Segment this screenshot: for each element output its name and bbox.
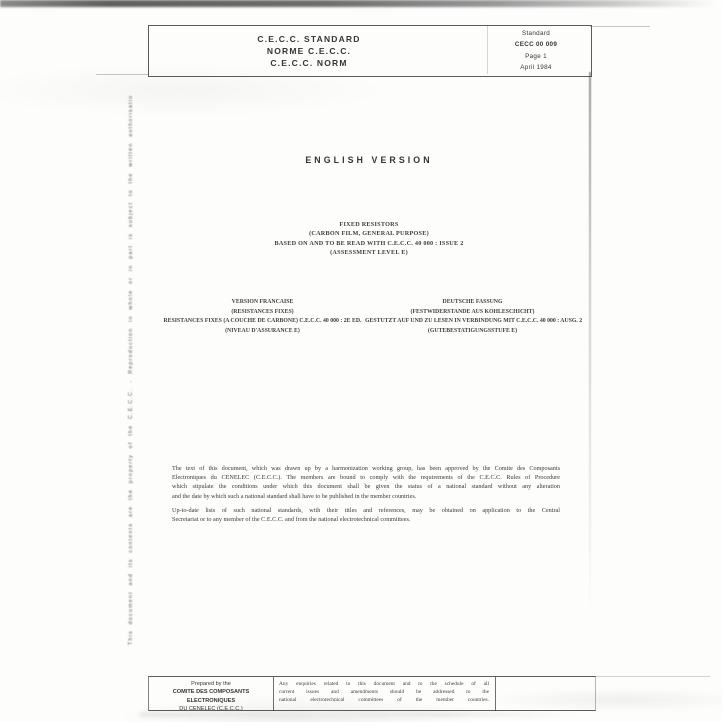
declaration-line: and the date by which such a national st… — [172, 492, 560, 501]
title-line: (NIVEAU D'ASSURANCE E) — [150, 327, 375, 337]
footer-note-line: national electrotechnical committees of … — [279, 696, 489, 704]
footer-note-cell: Any enquiries related to this document a… — [273, 677, 496, 711]
footer-empty-cell — [483, 677, 593, 708]
declaration-line: The text of this document, which was dra… — [172, 464, 560, 473]
footer-note-line: current issues and amendments should be … — [279, 688, 489, 696]
title-block-french: VERSION FRANCAISE (RESISTANCES FIXES) RE… — [150, 298, 375, 336]
footer-note-line: Any enquiries related to this document a… — [279, 680, 489, 688]
footer-secretariat-line: COMITE DES COMPOSANTS ELECTRONIQUES — [149, 688, 273, 705]
title-line: (RESISTANCES FIXES) — [150, 308, 375, 318]
language-banner: ENGLISH VERSION — [148, 155, 590, 165]
footer-secretariat-cell: Prepared by the COMITE DES COMPOSANTS EL… — [149, 677, 274, 711]
header-box: C.E.C.C. STANDARD NORME C.E.C.C. C.E.C.C… — [148, 25, 592, 77]
scan-streak — [590, 26, 650, 27]
scan-streak — [96, 74, 148, 75]
title-line: (FESTWIDERSTANDE AUS KOHLESCHICHT) — [365, 308, 580, 318]
title-line: GESTUTZT AUF UND ZU LESEN IN VERBINDUNG … — [365, 317, 580, 327]
page-right-edge — [589, 72, 591, 612]
declaration-line: which stipulate the conditions under whi… — [172, 482, 560, 491]
org-title-line: NORME C.E.C.C. — [189, 45, 429, 57]
org-title-line: C.E.C.C. NORM — [189, 57, 429, 69]
declaration-line: Up-to-date lists of such national standa… — [172, 506, 560, 515]
scan-streak — [594, 676, 710, 677]
title-line: (GUTEBESTATIGUNGSSTUFE E) — [365, 327, 580, 337]
title-block-english: FIXED RESISTORS (CARBON FILM, GENERAL PU… — [148, 220, 590, 258]
footer-strip: Prepared by the COMITE DES COMPOSANTS EL… — [148, 676, 596, 711]
doc-page-number: Page 1 — [461, 51, 611, 62]
document-reference-block: Standard CECC 00 009 Page 1 April 1984 — [461, 28, 611, 73]
side-copyright-note: This document and its contents are the p… — [128, 95, 142, 645]
page-content: C.E.C.C. STANDARD NORME C.E.C.C. C.E.C.C… — [0, 0, 722, 722]
declaration-text: The text of this document, which was dra… — [172, 464, 560, 524]
scanned-document-page: C.E.C.C. STANDARD NORME C.E.C.C. C.E.C.C… — [0, 0, 722, 722]
title-block-german: DEUTSCHE FASSUNG (FESTWIDERSTANDE AUS KO… — [365, 298, 580, 336]
org-title-block: C.E.C.C. STANDARD NORME C.E.C.C. C.E.C.C… — [189, 33, 429, 69]
declaration-line: Secretariat or to any member of the C.E.… — [172, 515, 560, 524]
scan-smudge — [140, 712, 580, 717]
title-line: (CARBON FILM, GENERAL PURPOSE) — [148, 229, 590, 238]
title-line: (ASSESSMENT LEVEL E) — [148, 248, 590, 257]
doc-type-label: Standard — [461, 28, 611, 39]
declaration-line: Electroniques du CENELEC (C.E.C.C.). The… — [172, 473, 560, 482]
title-line: FIXED RESISTORS — [148, 220, 590, 229]
title-line: DEUTSCHE FASSUNG — [365, 298, 580, 308]
org-title-line: C.E.C.C. STANDARD — [189, 33, 429, 45]
title-line: BASED ON AND TO BE READ WITH C.E.C.C. 40… — [148, 239, 590, 248]
title-line: VERSION FRANCAISE — [150, 298, 375, 308]
title-line: RESISTANCES FIXES (A COUCHE DE CARBONE) … — [150, 317, 375, 327]
footer-secretariat-line: Prepared by the — [149, 680, 273, 688]
doc-number: CECC 00 009 — [461, 39, 611, 50]
